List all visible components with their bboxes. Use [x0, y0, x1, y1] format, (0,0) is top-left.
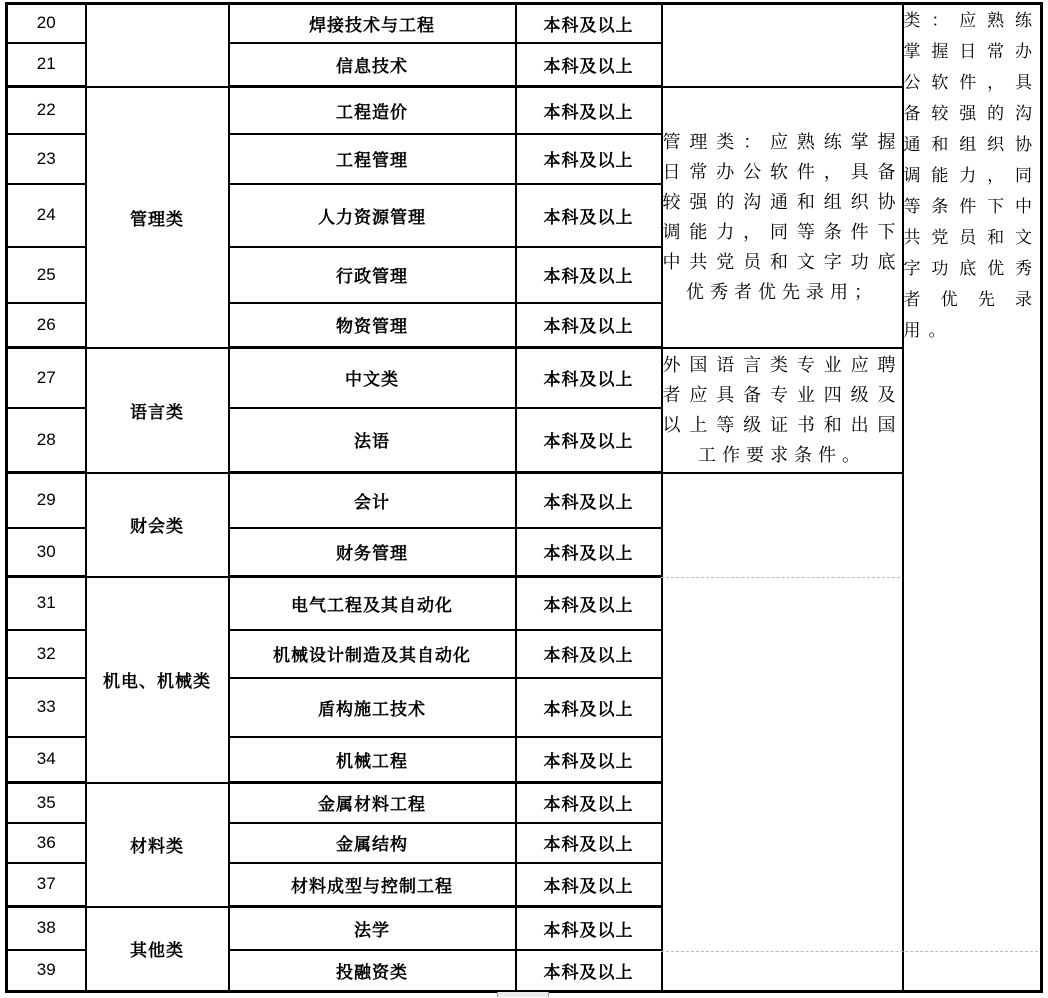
major-cell: 工程管理: [229, 134, 516, 184]
row-number-cell: 20: [7, 4, 86, 43]
major-cell: 金属材料工程: [229, 783, 516, 823]
category-cell-finance: 财会类: [86, 473, 229, 577]
major-cell: 会计: [229, 473, 516, 528]
row-number-cell: 32: [7, 630, 86, 678]
degree-cell: 本科及以上: [516, 247, 662, 303]
major-cell: 机械设计制造及其自动化: [229, 630, 516, 678]
major-cell: 法语: [229, 408, 516, 473]
category-cell-other: 其他类: [86, 907, 229, 992]
major-cell: 盾构施工技术: [229, 678, 516, 737]
row-number-cell: 26: [7, 303, 86, 348]
note-cell-continued: [662, 4, 903, 87]
table-row: 27 语言类 中文类 本科及以上 外国语言类专业应聘者应具备专业四级及以上等级证…: [7, 348, 1042, 408]
major-cell: 工程造价: [229, 87, 516, 134]
row-number-cell: 29: [7, 473, 86, 528]
major-cell: 人力资源管理: [229, 184, 516, 247]
degree-cell: 本科及以上: [516, 473, 662, 528]
side-note-cell: 类：应熟练掌握日常办公软件，具备较强的沟通和组织协调能力，同等条件下中共党员和文…: [903, 4, 1042, 992]
major-cell: 投融资类: [229, 950, 516, 992]
degree-cell: 本科及以上: [516, 630, 662, 678]
row-number-cell: 33: [7, 678, 86, 737]
page-break-dashed-line: [661, 577, 900, 578]
row-number-cell: 22: [7, 87, 86, 134]
degree-cell: 本科及以上: [516, 823, 662, 863]
degree-cell: 本科及以上: [516, 907, 662, 950]
degree-cell: 本科及以上: [516, 184, 662, 247]
degree-cell: 本科及以上: [516, 303, 662, 348]
category-cell-mechanical: 机电、机械类: [86, 577, 229, 783]
note-cell-empty: [662, 473, 903, 992]
table-row: 22 管理类 工程造价 本科及以上 管理类：应熟练掌握日常办公软件，具备较强的沟…: [7, 87, 1042, 134]
degree-cell: 本科及以上: [516, 950, 662, 992]
major-cell: 金属结构: [229, 823, 516, 863]
degree-cell: 本科及以上: [516, 134, 662, 184]
row-number-cell: 34: [7, 737, 86, 783]
major-cell: 财务管理: [229, 528, 516, 577]
page-break-dashed-line: [661, 951, 1038, 952]
note-cell-management: 管理类：应熟练掌握日常办公软件，具备较强的沟通和组织协调能力，同等条件下中共党员…: [662, 87, 903, 348]
degree-cell: 本科及以上: [516, 737, 662, 783]
degree-cell: 本科及以上: [516, 577, 662, 630]
major-cell: 机械工程: [229, 737, 516, 783]
major-cell: 中文类: [229, 348, 516, 408]
degree-cell: 本科及以上: [516, 863, 662, 907]
major-cell: 法学: [229, 907, 516, 950]
note-cell-language: 外国语言类专业应聘者应具备专业四级及以上等级证书和出国工作要求条件。: [662, 348, 903, 473]
table-row: 29 财会类 会计 本科及以上: [7, 473, 1042, 528]
recruitment-table: 20 焊接技术与工程 本科及以上 类：应熟练掌握日常办公软件，具备较强的沟通和组…: [5, 2, 1043, 993]
row-number-cell: 38: [7, 907, 86, 950]
category-cell-language: 语言类: [86, 348, 229, 473]
row-number-cell: 23: [7, 134, 86, 184]
degree-cell: 本科及以上: [516, 4, 662, 43]
degree-cell: 本科及以上: [516, 43, 662, 87]
degree-cell: 本科及以上: [516, 408, 662, 473]
category-cell-continued: [86, 4, 229, 87]
document-page: 20 焊接技术与工程 本科及以上 类：应熟练掌握日常办公软件，具备较强的沟通和组…: [0, 0, 1048, 998]
major-cell: 物资管理: [229, 303, 516, 348]
row-number-cell: 37: [7, 863, 86, 907]
row-number-cell: 36: [7, 823, 86, 863]
row-number-cell: 30: [7, 528, 86, 577]
row-number-cell: 39: [7, 950, 86, 992]
category-cell-management: 管理类: [86, 87, 229, 348]
degree-cell: 本科及以上: [516, 348, 662, 408]
major-cell: 电气工程及其自动化: [229, 577, 516, 630]
major-cell: 信息技术: [229, 43, 516, 87]
degree-cell: 本科及以上: [516, 87, 662, 134]
row-number-cell: 35: [7, 783, 86, 823]
major-cell: 行政管理: [229, 247, 516, 303]
table-row: 20 焊接技术与工程 本科及以上 类：应熟练掌握日常办公软件，具备较强的沟通和组…: [7, 4, 1042, 43]
degree-cell: 本科及以上: [516, 678, 662, 737]
row-number-cell: 21: [7, 43, 86, 87]
major-cell: 焊接技术与工程: [229, 4, 516, 43]
row-number-cell: 27: [7, 348, 86, 408]
category-cell-materials: 材料类: [86, 783, 229, 907]
degree-cell: 本科及以上: [516, 783, 662, 823]
row-number-cell: 28: [7, 408, 86, 473]
row-number-cell: 24: [7, 184, 86, 247]
row-number-cell: 25: [7, 247, 86, 303]
major-cell: 材料成型与控制工程: [229, 863, 516, 907]
partial-element-below-table: [497, 992, 549, 997]
degree-cell: 本科及以上: [516, 528, 662, 577]
row-number-cell: 31: [7, 577, 86, 630]
